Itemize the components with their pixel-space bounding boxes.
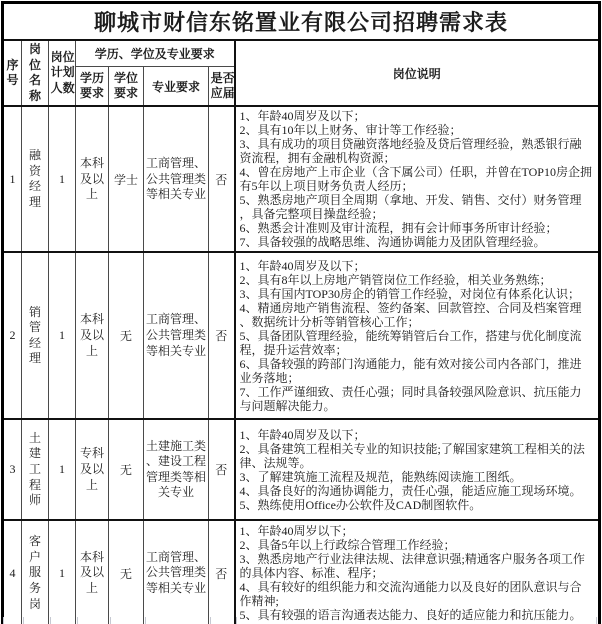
cell-education: 专科及以上 [76,419,109,520]
cell-no: 1 [3,106,22,252]
header-description: 岗位说明 [235,40,600,106]
header-requirements-group: 学历、学位及专业要求 [76,40,235,67]
cell-fresh: 否 [209,520,235,624]
table-row: 4 客户服务岗 1 本科及以上 无 工商管理、公共管理类等相关专业 否 1、年龄… [3,520,600,624]
cell-education-text: 本科及以上 [79,312,104,359]
cell-degree: 无 [109,419,144,520]
partial-next-row-line [23,617,24,624]
header-degree-label: 学位要求 [113,71,138,102]
cell-position-text: 客户服务岗 [29,534,42,612]
cell-degree: 无 [109,252,144,419]
cell-major: 工商管理、公共管理类等相关专业 [144,106,209,252]
header-major: 专业要求 [144,67,209,107]
cell-no: 3 [3,419,22,520]
cell-headcount: 1 [49,106,76,252]
header-position-label: 岗位名称 [29,42,42,104]
cell-major-text: 土建施工类、建设工程管理类等相关专业 [146,439,207,501]
header-headcount: 岗位计划人数 [49,40,76,106]
cell-position: 客户服务岗 [22,520,49,624]
page-title: 聊城市财信东铭置业有限公司招聘需求表 [3,3,600,41]
cell-major-text: 工商管理、公共管理类等相关专业 [146,156,207,203]
cell-major: 工商管理、公共管理类等相关专业 [144,520,209,624]
table-row: 3 土建工程师 1 专科及以上 无 土建施工类、建设工程管理类等相关专业 否 1… [3,419,600,520]
cell-description: 1、年龄40周岁及以下； 2、具有10年以上财务、审计等工作经验； 3、具有成功… [235,106,600,252]
partial-next-row-line [236,617,237,624]
partial-next-row-line [110,617,111,624]
partial-next-row-line [210,617,211,624]
cell-degree: 学士 [109,106,144,252]
cell-education-text: 专科及以上 [79,446,104,493]
partial-next-row-line [145,617,146,624]
cell-position: 销管经理 [22,252,49,419]
cell-no: 4 [3,520,22,624]
cell-headcount: 1 [49,252,76,419]
header-no-label: 序号 [6,58,19,89]
header-education-label: 学历要求 [79,71,104,102]
cell-position-text: 土建工程师 [29,431,42,509]
cell-major-text: 工商管理、公共管理类等相关专业 [146,312,207,359]
cell-headcount: 1 [49,419,76,520]
cell-fresh: 否 [209,252,235,419]
header-education: 学历要求 [76,67,109,107]
table-row: 1 融资经理 1 本科及以上 学士 工商管理、公共管理类等相关专业 否 1、年龄… [3,106,600,252]
header-no: 序号 [3,40,22,106]
cell-major-text: 工商管理、公共管理类等相关专业 [146,550,207,597]
cell-description: 1、年龄40周岁及以下； 2、具备建筑工程相关专业的知识技能;了解国家建筑工程相… [235,419,600,520]
header-fresh: 是否应届 [209,67,235,107]
cell-position-text: 融资经理 [29,148,42,210]
cell-education-text: 本科及以上 [79,156,104,203]
header-headcount-label: 岗位计划人数 [50,50,75,97]
cell-position: 融资经理 [22,106,49,252]
cell-major: 工商管理、公共管理类等相关专业 [144,252,209,419]
cell-fresh: 否 [209,106,235,252]
cell-degree: 无 [109,520,144,624]
cell-description: 1、年龄40周岁及以下； 2、具有8年以上房地产销管岗位工作经验，相关业务熟练；… [235,252,600,419]
partial-next-row-line [50,617,51,624]
partial-next-row-line [596,617,597,624]
header-fresh-label: 是否应届 [210,71,235,102]
cell-fresh: 否 [209,419,235,520]
cell-description: 1、年龄40周岁以下； 2、具备5年以上行政综合管理工作经验； 3、熟悉房地产行… [235,520,600,624]
partial-next-row-line [77,617,78,624]
cell-no: 2 [3,252,22,419]
cell-position-text: 销管经理 [29,305,42,367]
partial-next-row-line [3,617,4,624]
cell-headcount: 1 [49,520,76,624]
recruitment-table: 聊城市财信东铭置业有限公司招聘需求表 序号 岗位名称 岗位计划人数 学历、学位及… [1,1,601,624]
partial-next-row [0,617,602,624]
cell-education-text: 本科及以上 [79,550,104,597]
cell-major: 土建施工类、建设工程管理类等相关专业 [144,419,209,520]
cell-education: 本科及以上 [76,520,109,624]
header-degree: 学位要求 [109,67,144,107]
table-row: 2 销管经理 1 本科及以上 无 工商管理、公共管理类等相关专业 否 1、年龄4… [3,252,600,419]
header-position: 岗位名称 [22,40,49,106]
cell-position: 土建工程师 [22,419,49,520]
cell-education: 本科及以上 [76,106,109,252]
cell-education: 本科及以上 [76,252,109,419]
page: { "title": "聊城市财信东铭置业有限公司招聘需求表", "header… [0,0,602,624]
